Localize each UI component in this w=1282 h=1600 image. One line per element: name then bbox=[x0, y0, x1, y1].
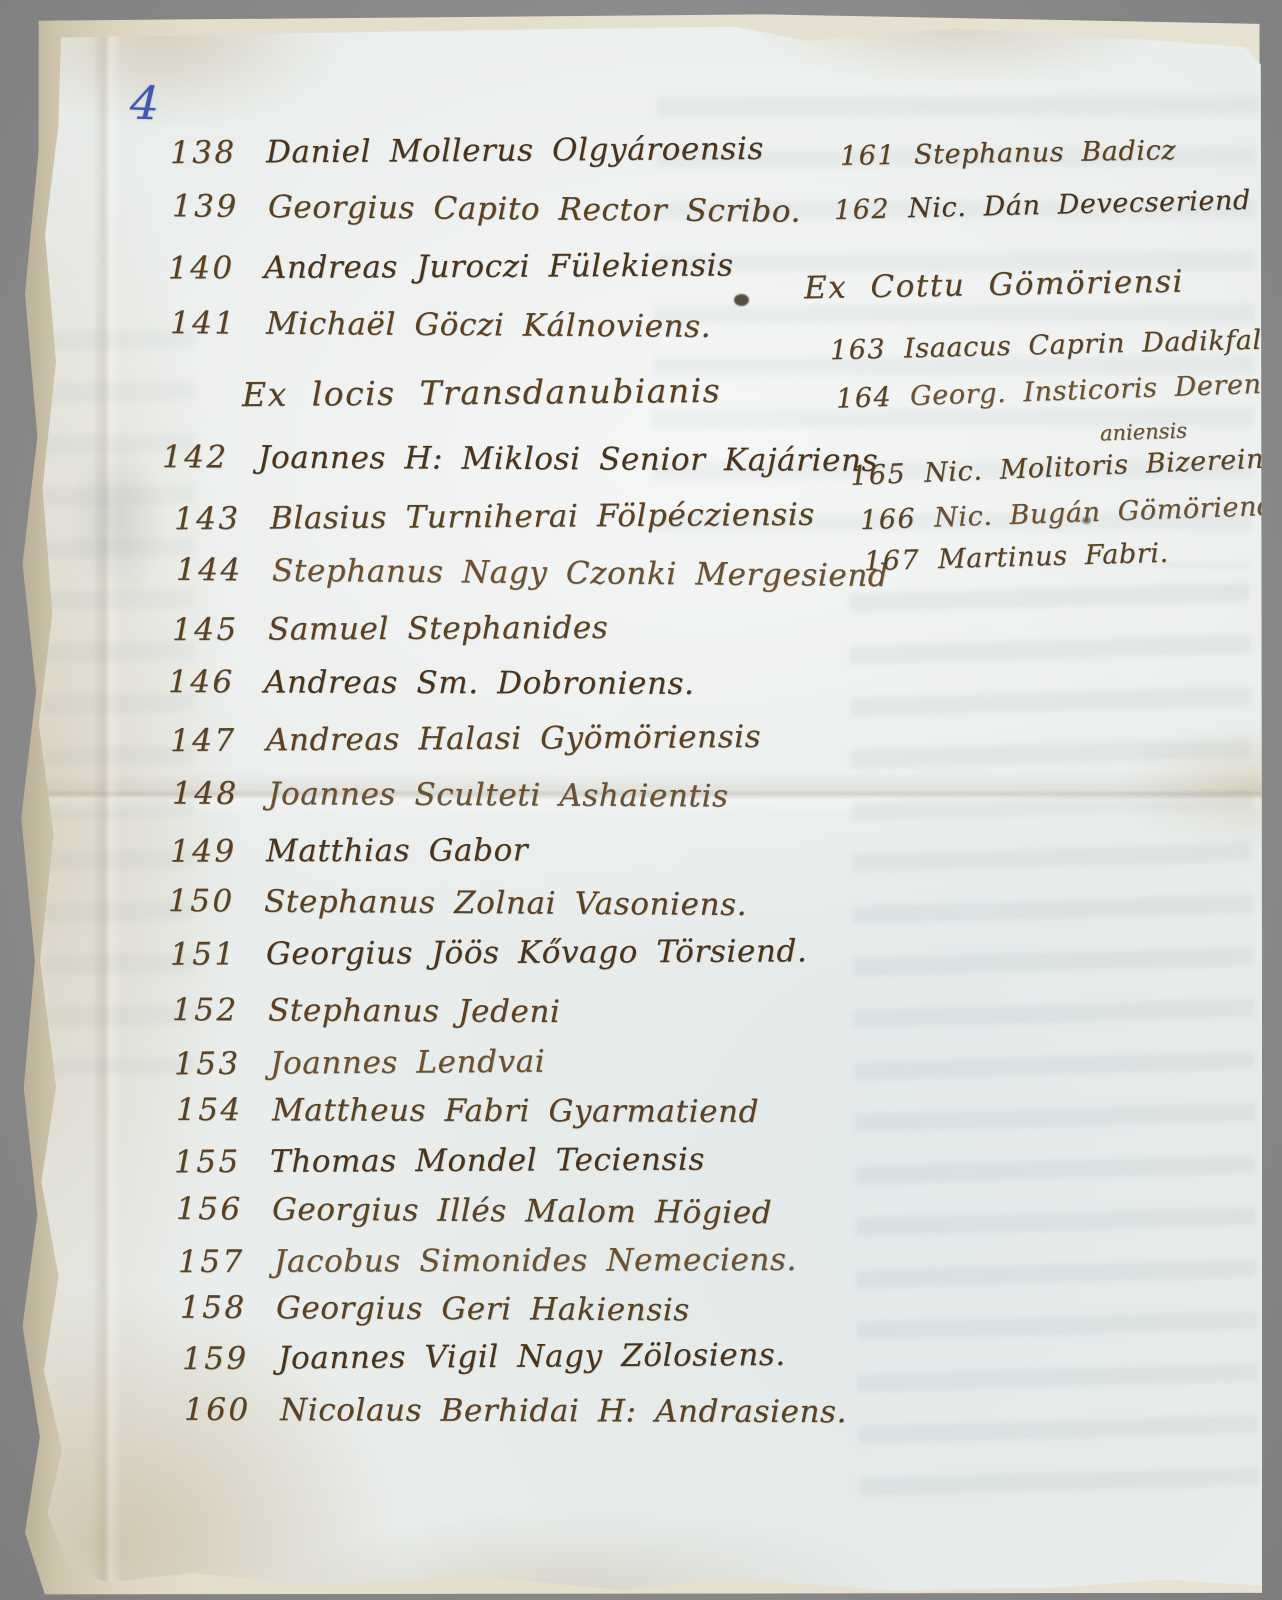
ghost-bleedthrough bbox=[849, 572, 1259, 1496]
entry-text: Blasius Turniherai Fölpécziensis bbox=[270, 497, 815, 537]
list-entry: 143Blasius Turniherai Fölpécziensis bbox=[174, 500, 815, 535]
entry-number: 140 bbox=[168, 253, 264, 285]
list-entry: 157Jacobus Simonides Nemeciens. bbox=[178, 1245, 797, 1278]
entry-number: 152 bbox=[172, 995, 268, 1027]
entry-text: Nic. Bugán Gömöriend bbox=[934, 491, 1276, 534]
entry-text-continuation: aniensis bbox=[1100, 420, 1188, 444]
entry-text: Georgius Capito Rector Scribo. bbox=[268, 189, 801, 230]
list-entry: 167Martinus Fabri. bbox=[864, 540, 1169, 575]
list-entry: 138Daniel Mollerus Olgyároensis bbox=[170, 134, 764, 169]
list-entry: 151Georgius Jöös Kővago Törsiend. bbox=[170, 936, 808, 970]
entry-number: 166 bbox=[860, 505, 935, 535]
entry-text: Daniel Mollerus Olgyároensis bbox=[266, 131, 764, 170]
fold-crease-vertical bbox=[92, 14, 122, 1592]
entry-number: 162 bbox=[834, 195, 909, 224]
entry-text: Stephanus Zolnai Vasoniens. bbox=[264, 884, 747, 923]
list-entry: 150Stephanus Zolnai Vasoniens. bbox=[168, 886, 747, 921]
entry-text: Martinus Fabri. bbox=[938, 538, 1170, 575]
list-entry: 152Stephanus Jedeni bbox=[172, 995, 561, 1028]
section-header: Ex Cottu Gömöriensi bbox=[804, 267, 1184, 305]
list-entry: 141Michaël Göczi Kálnoviens. bbox=[170, 308, 711, 343]
entry-number: 156 bbox=[176, 1194, 272, 1226]
list-entry: 165Nic. Molitoris Bizereins bbox=[850, 445, 1279, 490]
manuscript-scan: 4 138Daniel Mollerus Olgyároensis 139Geo… bbox=[0, 0, 1282, 1600]
entry-number: 145 bbox=[172, 615, 268, 647]
section-header: Ex locis Transdanubianis bbox=[242, 374, 721, 411]
list-entry: 145Samuel Stephanides bbox=[172, 613, 608, 646]
entry-number: 143 bbox=[174, 504, 270, 536]
entry-text: Joannes Lendvai bbox=[270, 1044, 546, 1082]
entry-number: 154 bbox=[176, 1095, 272, 1126]
entry-text: Andreas Sm. Dobroniens. bbox=[264, 664, 695, 702]
entry-text: Nic. Molitoris Bizereins bbox=[923, 443, 1279, 489]
entry-number: 163 bbox=[830, 335, 905, 364]
entry-text: Nic. Dán Devecseriend bbox=[908, 185, 1252, 224]
entry-number: 167 bbox=[864, 546, 939, 575]
entry-text: Stephanus Badicz bbox=[914, 135, 1177, 171]
entry-text: Joannes Vigil Nagy Zölosiens. bbox=[278, 1337, 786, 1377]
entry-number: 158 bbox=[180, 1293, 276, 1325]
entry-number: 157 bbox=[178, 1247, 274, 1278]
entry-number: 165 bbox=[850, 460, 925, 490]
entry-number: 164 bbox=[836, 383, 911, 413]
entry-text: Georgius Illés Malom Högied bbox=[272, 1192, 772, 1231]
list-entry: 149Matthias Gabor bbox=[170, 835, 528, 867]
entry-number: 149 bbox=[170, 836, 266, 867]
entry-number: 161 bbox=[840, 142, 914, 170]
entry-text: Nicolaus Berhidai H: Andrasiens. bbox=[280, 1392, 847, 1430]
entry-text: Thomas Mondel Teciensis bbox=[270, 1142, 705, 1180]
entry-text: Georg. Insticoris Dereng bbox=[910, 368, 1280, 412]
entry-number: 146 bbox=[168, 667, 264, 698]
entry-text: Joannes Sculteti Ashaientis bbox=[268, 776, 729, 814]
list-entry: 161Stephanus Badicz bbox=[840, 137, 1177, 170]
list-entry: 140Andreas Juroczi Fülekiensis bbox=[168, 251, 734, 285]
ink-blotch bbox=[734, 294, 749, 306]
entry-number: 147 bbox=[170, 725, 266, 757]
list-entry: 155Thomas Mondel Teciensis bbox=[174, 1145, 705, 1179]
list-entry: 158Georgius Geri Hakiensis bbox=[180, 1293, 690, 1327]
entry-number: 138 bbox=[170, 137, 266, 169]
entry-number: 141 bbox=[170, 308, 266, 340]
folio-number: 4 bbox=[129, 76, 160, 131]
entry-number: 160 bbox=[184, 1395, 280, 1426]
entry-number: 142 bbox=[162, 442, 258, 474]
entry-text: Jacobus Simonides Nemeciens. bbox=[274, 1242, 797, 1280]
entry-number: 151 bbox=[170, 939, 266, 971]
entry-number: 144 bbox=[176, 555, 272, 587]
entry-text: Mattheus Fabri Gyarmatiend bbox=[272, 1092, 759, 1130]
entry-number: 153 bbox=[174, 1049, 270, 1081]
list-entry: 162Nic. Dán Devecseriend bbox=[834, 187, 1251, 224]
list-entry: 166Nic. Bugán Gömöriend bbox=[860, 493, 1276, 534]
entry-text: Joannes H: Miklosi Senior Kajáriens bbox=[258, 440, 878, 479]
list-entry: 156Georgius Illés Malom Högied bbox=[176, 1194, 772, 1229]
list-entry: 153Joannes Lendvai bbox=[174, 1047, 545, 1081]
entry-text: Stephanus Nagy Czonki Mergesiend bbox=[272, 553, 889, 594]
list-entry: 154Mattheus Fabri Gyarmatiend bbox=[176, 1095, 759, 1128]
entry-text: Matthias Gabor bbox=[266, 832, 528, 869]
entry-text: Isaacus Caprin Dadikfal bbox=[904, 325, 1262, 365]
entry-number: 155 bbox=[174, 1147, 270, 1179]
entry-number: 148 bbox=[172, 779, 268, 811]
entry-text: Andreas Halasi Gyömöriensis bbox=[266, 719, 761, 758]
list-entry: 147Andreas Halasi Gyömöriensis bbox=[170, 722, 761, 757]
entry-text: Georgius Jöös Kővago Törsiend. bbox=[266, 933, 808, 972]
entry-number: 139 bbox=[172, 191, 268, 223]
list-entry: 164Georg. Insticoris Dereng bbox=[836, 370, 1280, 412]
list-entry: 148Joannes Sculteti Ashaientis bbox=[172, 779, 729, 813]
list-entry: 163Isaacus Caprin Dadikfal bbox=[830, 327, 1262, 365]
list-entry: 159Joannes Vigil Nagy Zölosiens. bbox=[182, 1340, 786, 1375]
list-entry: 139Georgius Capito Rector Scribo. bbox=[172, 191, 801, 227]
entry-text: Andreas Juroczi Fülekiensis bbox=[264, 248, 734, 286]
list-entry: 160Nicolaus Berhidai H: Andrasiens. bbox=[184, 1395, 847, 1428]
list-entry: 142Joannes H: Miklosi Senior Kajáriens bbox=[162, 442, 878, 477]
list-entry: 146Andreas Sm. Dobroniens. bbox=[168, 667, 695, 700]
entry-number: 159 bbox=[182, 1343, 278, 1375]
entry-text: Georgius Geri Hakiensis bbox=[276, 1290, 690, 1328]
entry-text: Samuel Stephanides bbox=[268, 610, 608, 648]
entry-text: Michaël Göczi Kálnoviens. bbox=[266, 306, 711, 345]
entry-text: Stephanus Jedeni bbox=[268, 992, 561, 1030]
paper-sheet: 4 138Daniel Mollerus Olgyároensis 139Geo… bbox=[34, 14, 1262, 1592]
entry-number: 150 bbox=[168, 886, 264, 918]
list-entry: 144Stephanus Nagy Czonki Mergesiend bbox=[176, 555, 889, 592]
